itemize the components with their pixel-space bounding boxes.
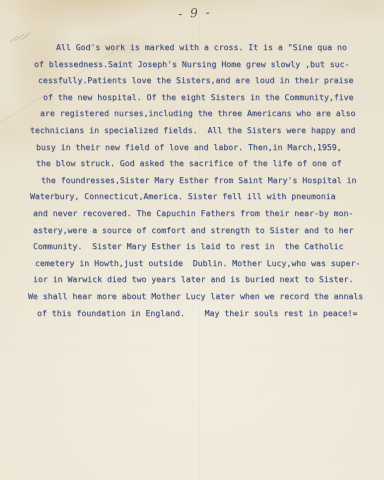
typed-line: and never recovered. The Capuchin Father…	[0, 205, 384, 222]
typed-line: Waterbury, Connecticut,America. Sister f…	[0, 188, 384, 205]
typed-line: of this foundation in England. May their…	[0, 305, 384, 322]
typed-line: cemetery in Howth,just outside Dublin. M…	[0, 255, 384, 272]
typed-line: We shall hear more about Mother Lucy lat…	[0, 288, 384, 305]
typed-text-block: All God's work is marked with a cross. I…	[0, 39, 384, 321]
typed-line: of blessedness.Saint Joseph's Nursing Ho…	[0, 56, 384, 73]
document-page: - 9 - All God's work is marked with a cr…	[0, 0, 384, 480]
typed-line: the blow struck. God asked the sacrifice…	[0, 155, 384, 172]
typed-line: astery,were a source of comfort and stre…	[0, 222, 384, 239]
typed-line: of the new hospital. Of the eight Sister…	[0, 89, 384, 106]
typed-line: are registered nurses,including the thre…	[0, 105, 384, 122]
typed-line: All God's work is marked with a cross. I…	[0, 39, 384, 56]
typed-line: the foundresses,Sister Mary Esther from …	[0, 172, 384, 189]
typed-line: ior in Warwick died two years later and …	[0, 271, 384, 288]
horizontal-fold-crease	[0, 347, 384, 349]
typed-line: cessfully.Patients love the Sisters,and …	[0, 72, 384, 89]
typed-line: busy in their new field of love and labo…	[0, 139, 384, 156]
typed-line: technicians in specialized fields. All t…	[0, 122, 384, 139]
typed-line: Community. Sister Mary Esther is laid to…	[0, 238, 384, 255]
page-number: - 9 -	[160, 4, 231, 22]
